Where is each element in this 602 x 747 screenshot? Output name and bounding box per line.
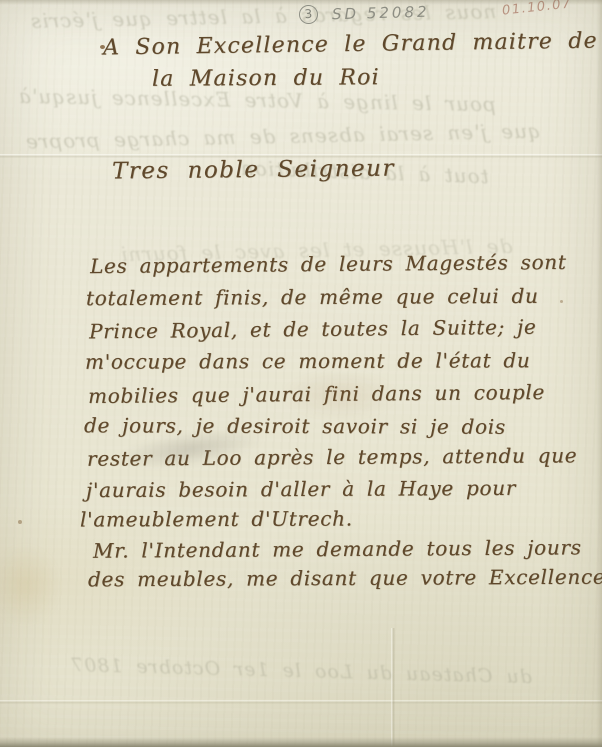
bleedthrough-line: que j'en serai absens de ma charge propr… bbox=[25, 119, 541, 154]
letter-body-line: Les appartements de leurs Magestés sont bbox=[90, 250, 567, 278]
letter-body-line: j'aurais besoin d'aller à la Haye pour bbox=[86, 476, 516, 502]
horizontal-crease bbox=[0, 154, 602, 158]
letter-body-line: mobilies que j'aurai fini dans un couple bbox=[88, 380, 545, 408]
paper-top-edge bbox=[0, 0, 602, 5]
vertical-crease bbox=[391, 628, 395, 747]
paper-right-edge bbox=[596, 0, 602, 747]
letter-salutation: Tres noble Seigneur bbox=[112, 156, 395, 185]
archive-reference-annotation: SD 52082 bbox=[332, 3, 430, 24]
horizontal-crease bbox=[0, 700, 602, 704]
letter-body-line: Mr. l'Intendant me demande tous les jour… bbox=[93, 535, 582, 562]
letter-body-line: de jours, je desiroit savoir si je dois bbox=[84, 413, 506, 438]
letter-body-line: m'occupe dans ce moment de l'état du bbox=[85, 348, 531, 374]
circled-number-annotation: 3 bbox=[298, 4, 318, 24]
letter-body-line: l'ameublement d'Utrech. bbox=[80, 507, 353, 532]
ink-speck bbox=[18, 520, 22, 524]
letter-body-line: des meubles, me disant que votre Excelle… bbox=[88, 565, 602, 592]
letter-body-line: Prince Royal, et de toutes la Suitte; je bbox=[89, 315, 537, 344]
letter-scan-page: nous les regards à la lettre que j'écris… bbox=[0, 0, 602, 747]
age-stain bbox=[0, 545, 60, 625]
ink-speck bbox=[560, 300, 563, 303]
paper-bottom-edge bbox=[0, 737, 602, 747]
archival-annotations: 3 SD 52082 01.10.07 bbox=[0, 2, 602, 28]
letter-heading-line-1: A Son Excellence le Grand maitre de bbox=[103, 29, 598, 61]
letter-body-line: rester au Loo après le temps, attendu qu… bbox=[87, 443, 577, 470]
bleedthrough-dateline: du Chateau du Loo le 1er Octobre 1807 bbox=[70, 654, 532, 688]
ink-speck bbox=[100, 45, 105, 49]
letter-body-line: totalement finis, de même que celui du bbox=[86, 284, 539, 310]
letter-heading-line-2: la Maison du Roi bbox=[152, 65, 380, 92]
